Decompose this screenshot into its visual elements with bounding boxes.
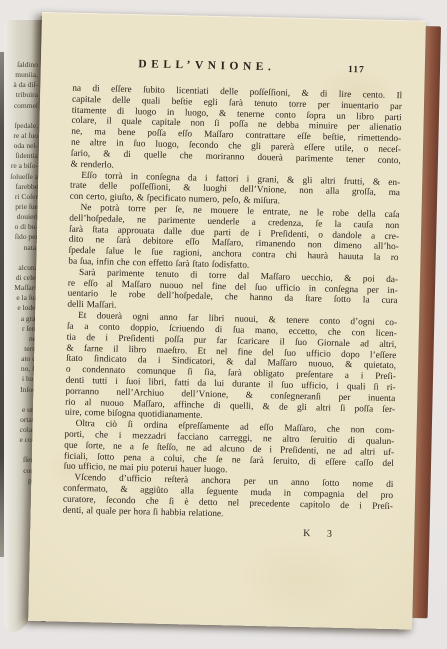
text-block: na di eſſere ſubito licentiati delle poſ… (63, 84, 403, 524)
facing-text-fragment: douieri (4, 212, 38, 222)
facing-text-fragment: alcuna (4, 263, 38, 273)
facing-text-fragment: ſpedale, (4, 121, 38, 131)
facing-text-fragment: nata. (4, 243, 38, 253)
facing-text-fragment: ſolueſſe a (4, 172, 38, 182)
facing-text-fragment: a gra- (4, 314, 38, 324)
facing-text-fragment: prie ſue (4, 202, 38, 212)
facing-text-fragment: r ſen- (4, 324, 38, 334)
facing-text-fragment: ato di (4, 354, 38, 364)
facing-text-fragment: ne. (4, 334, 38, 344)
facing-text-fragment (4, 253, 38, 263)
facing-text-fragment: di cele- (4, 273, 38, 283)
facing-text-fragment: e la ſua (4, 293, 38, 303)
facing-text-fragment: ſido per (4, 232, 38, 242)
facing-text-fragment (4, 111, 38, 121)
facing-text-fragment: re al ſuo (4, 131, 38, 141)
signature-mark: K 3 (303, 528, 339, 540)
facing-text-fragment: re a biſo- (4, 161, 38, 171)
facing-text-fragment: ſidentia (4, 151, 38, 161)
facing-text-fragment: oda nel- (4, 141, 38, 151)
facing-text-fragment: e lode- (4, 303, 38, 313)
facing-text-fragment: muniia, (4, 70, 38, 80)
photo-backdrop: ſaldinomuniia,à da diſ-tribuiracommeſſpe… (0, 0, 447, 649)
facing-text-fragment: commeſ (4, 101, 38, 111)
facing-text-fragment: Maſſaro (4, 283, 38, 293)
facing-text-fragment: à da diſ- (4, 80, 38, 90)
running-head: DELL’VNIONE. (41, 56, 425, 77)
page-number: 117 (348, 65, 365, 75)
facing-text-fragment: ri Coſer (4, 192, 38, 202)
facing-text-fragment: o di bu- (4, 222, 38, 232)
facing-text-fragment: farebbe (4, 182, 38, 192)
facing-text-fragment: tribuira (4, 90, 38, 100)
facing-text-fragment: ſaldino (4, 60, 38, 70)
facing-text-fragment: terre (4, 344, 38, 354)
book-page: DELL’VNIONE. 117 na di eſſere ſubito lic… (28, 12, 426, 630)
